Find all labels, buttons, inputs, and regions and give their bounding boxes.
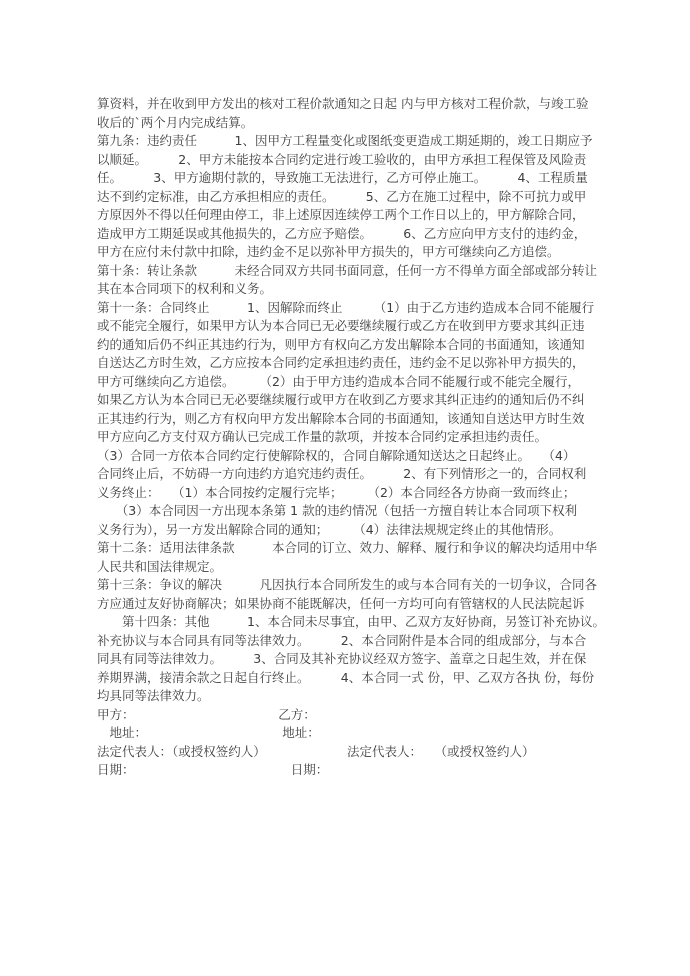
text-line: 第十条：转让条款 未经合同双方共同书面同意，任何一方不得单方面全部或部分转让 [97, 262, 607, 281]
text-line: 方应通过友好协商解决；如果协商不能既解决，任何一方均可向有管辖权的人民法院起诉 [97, 595, 607, 614]
text-line: 达不到约定标准，由乙方承担相应的责任。 5、乙方在施工过程中，除不可抗力或甲 [97, 188, 607, 207]
text-line: （3）本合同因一方出现本条第 1 款的违约情况（包括一方擅自转让本合同项下权利 [97, 502, 607, 521]
text-line: （3）合同一方依本合同约定行使解除权的，合同自解除通知送达之日起终止。 （4） [97, 447, 607, 466]
text-line: 如果乙方认为本合同已无必要继续履行或甲方在收到乙方要求其纠正违约的通知后仍不纠 [97, 391, 607, 410]
text-line: 以顺延。 2、甲方未能按本合同约定进行竣工验收的，由甲方承担工程保管及风险责 [97, 151, 607, 170]
text-line: 正其违约行为，则乙方有权向甲方发出解除本合同的书面通知，该通知自送达甲方时生效 [97, 410, 607, 429]
text-line: 甲方应向乙方支付双方确认已完成工作量的款项，并按本合同约定承担违约责任。 [97, 428, 607, 447]
text-line: 约的通知后仍不纠正其违约行为，则甲方有权向乙方发出解除本合同的书面通知，该通知 [97, 336, 607, 355]
text-line: 甲方可继续向乙方追偿。 （2）由于甲方违约造成本合同不能履行或不能完全履行， [97, 373, 607, 392]
text-line: 补充协议与本合同具有同等法律效力。 2、本合同附件是本合同的组成部分，与本合 [97, 632, 607, 651]
text-line: 或不能完全履行，如果甲方认为本合同已无必要继续履行或乙方在收到甲方要求其纠正违 [97, 317, 607, 336]
text-line: 人民共和国法律规定。 [97, 558, 607, 577]
text-line: 第十三条：争议的解决 凡因执行本合同所发生的或与本合同有关的一切争议，合同各 [97, 576, 607, 595]
text-line: 方原因外不得以任何理由停工，非上述原因连续停工两个工作日以上的，甲方解除合同， [97, 206, 607, 225]
text-line: 第十二条：适用法律条款 本合同的订立、效力、解释、履行和争议的解决均适用中华 [97, 539, 607, 558]
text-line: 养期界满，接清余款之日起自行终止。 4、本合同一式 份，甲、乙双方各执 份，每份 [97, 669, 607, 688]
text-line: 义务终止： （1）本合同按约定履行完毕； （2）本合同经各方协商一致而终止； [97, 484, 607, 503]
text-line: 自送达乙方时生效，乙方应按本合同约定承担违约责任，违约金不足以弥补甲方损失的， [97, 354, 607, 373]
document-page: 算资料，并在收到甲方发出的核对工程价款通知之日起 内与甲方核对工程价款，与竣工验… [0, 0, 690, 976]
text-line: 日期： 日期： [97, 761, 607, 780]
text-line: 甲方： 乙方： [97, 706, 607, 725]
text-line: 收后的`两个月内完成结算。 [97, 114, 607, 133]
contract-text-block: 算资料，并在收到甲方发出的核对工程价款通知之日起 内与甲方核对工程价款，与竣工验… [97, 95, 607, 780]
text-line: 第九条：违约责任 1、因甲方工程量变化或图纸变更造成工期延期的，竣工日期应予 [97, 132, 607, 151]
text-line: 甲方在应付未付款中扣除，违约金不足以弥补甲方损失的，甲方可继续向乙方追偿。 [97, 243, 607, 262]
text-line: 第十四条：其他 1、本合同未尽事宜，由甲、乙双方友好协商，另签订补充协议。 [97, 613, 607, 632]
text-line: 造成甲方工期延误或其他损失的，乙方应予赔偿。 6、乙方应向甲方支付的违约金， [97, 225, 607, 244]
text-line: 任。 3、甲方逾期付款的，导致施工无法进行，乙方可停止施工。 4、工程质量 [97, 169, 607, 188]
text-line: 第十一条：合同终止 1、因解除而终止 （1）由于乙方违约造成本合同不能履行 [97, 299, 607, 318]
text-line: 算资料，并在收到甲方发出的核对工程价款通知之日起 内与甲方核对工程价款，与竣工验 [97, 95, 607, 114]
text-line: 均具同等法律效力。 [97, 687, 607, 706]
text-line: 合同终止后，不妨碍一方向违约方追究违约责任。 2、有下列情形之一的，合同权利 [97, 465, 607, 484]
text-line: 同具有同等法律效力。 3、合同及其补充协议经双方签字、盖章之日起生效，并在保 [97, 650, 607, 669]
text-line: 地址： 地址： [97, 724, 607, 743]
text-line: 义务行为），另一方发出解除合同的通知； （4）法律法规规定终止的其他情形。 [97, 521, 607, 540]
text-line: 法定代表人：（或授权签约人） 法定代表人： （或授权签约人） [97, 743, 607, 762]
text-line: 其在本合同项下的权利和义务。 [97, 280, 607, 299]
